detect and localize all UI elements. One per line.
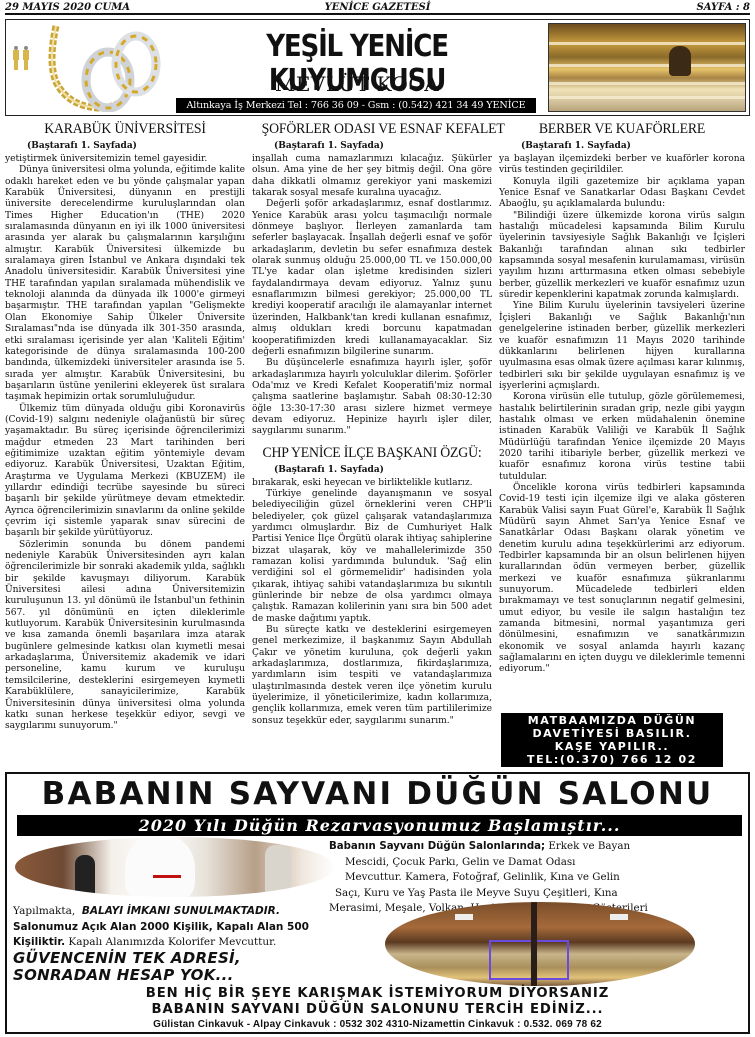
wedding-contact-phones: Gülistan Cinkavuk - Alpay Cinkavuk : 053… [7, 1019, 748, 1031]
wedding-call-to-action: BEN HİÇ BİR ŞEYE KARIŞMAK İSTEMİYORUM Dİ… [7, 986, 748, 1018]
ad-contact-info: Altınkaya İş Merkezi Tel : 766 36 09 - G… [176, 98, 536, 113]
article-paragraph: Değerli şoför arkadaşlarımız, esnaf dost… [252, 199, 492, 358]
page-header: 29 MAYIS 2020 CUMA YENİCE GAZETESİ SAYFA… [5, 2, 750, 15]
article-paragraph: "Bilindiği üzere ülkemizde korona virüs … [499, 211, 745, 302]
article-paragraph: inşallah cuma namazlarımızı kılacağız. Ş… [252, 154, 492, 199]
wedding-desc-line: Mevcuttur. Kamera, Fotoğraf, Gelinlik, K… [329, 870, 747, 886]
wedding-desc-line: Mescidi, Çocuk Parkı, Gelin ve Damat Oda… [329, 855, 747, 871]
honeymoon-offer: BALAYI İMKANI SUNULMAKTADIR. [82, 905, 280, 917]
wedding-bride-photo [15, 837, 335, 897]
article-paragraph: Korona virüsün elle tutulup, gözle görül… [499, 392, 745, 483]
jewelry-photo-icon [8, 22, 168, 112]
wedding-hall-interior-photo [385, 902, 695, 986]
article-paragraph: Konuyla ilgili gazetemize bir açıklama y… [499, 177, 745, 211]
print-shop-ad: MATBAAMIZDA DÜĞÜN DAVETİYESİ BASILIR. KA… [501, 713, 723, 767]
article-headline: BERBER VE KUAFÖRLERE [509, 120, 735, 138]
wedding-ad-banner: 2020 Yılı Düğün Rezarvasyonumuz Başlamış… [17, 815, 742, 836]
jewelry-store-ad: YEŞİL YENİCE KUYUMCUSU MEVLÜT KOCA Altın… [5, 19, 750, 116]
article-paragraph: Öncelikle korona virüs tedbirleri kapsam… [499, 483, 745, 676]
article-paragraph: Yine Bilim Kurulu üyelerinin tavsiyeleri… [499, 301, 745, 392]
print-ad-phone: TEL:(0.370) 766 12 02 [501, 753, 723, 766]
slogan-line: SONRADAN HESAP YOK... [13, 967, 241, 984]
print-ad-line: KAŞE YAPILIR.. [501, 740, 723, 753]
article-paragraph: Dünya üniversitesi olma yolunda, eğitimd… [5, 165, 245, 403]
wedding-slogan: GÜVENCENİN TEK ADRESİ, SONRADAN HESAP YO… [13, 950, 241, 984]
wedding-ad-title: BABANIN SAYVANI DÜĞÜN SALONU [7, 777, 748, 811]
wedding-ad-details: Yapılmakta, BALAYI İMKANI SUNULMAKTADIR.… [13, 904, 393, 951]
cta-line: BABANIN SAYVANI DÜĞÜN SALONUNU TERCİH ED… [7, 1002, 748, 1018]
print-ad-line: DAVETİYESİ BASILIR. [501, 727, 723, 740]
article-barbers-hairdressers: BERBER VE KUAFÖRLERE (Baştarafı 1. Sayfa… [499, 120, 745, 676]
article-paragraph: Bu süreçte katkı ve desteklerini esirgem… [252, 625, 492, 727]
article-karabuk-university: KARABÜK ÜNİVERSİTESİ (Baştarafı 1. Sayfa… [5, 120, 245, 733]
article-paragraph: Ülkemiz tüm dünyada olduğu gibi Koronavi… [5, 404, 245, 540]
article-paragraph: Bu düşüncelerle esnafımıza hayırlı işler… [252, 358, 492, 437]
article-paragraph: bırakarak, eski heyecan ve birliktelikle… [252, 478, 492, 489]
wedding-desc-line: Saçı, Kuru ve Yaş Pasta ile Meyve Suyu Ç… [329, 886, 747, 902]
capacity-text: Salonumuz Açık Alan 2000 Kişilik, Kapalı… [13, 920, 393, 936]
store-display-photo [548, 23, 746, 112]
article-headline-chp: CHP YENİCE İLÇE BAŞKANI ÖZGÜ: [262, 444, 483, 462]
wedding-desc-line: Erkek ve Bayan [545, 840, 630, 852]
article-headline: KARABÜK ÜNİVERSİTESİ [15, 120, 236, 138]
article-continued-note: (Baştarafı 1. Sayfada) [252, 140, 492, 152]
article-paragraph: Türkiye genelinde dayanışmanın ve sosyal… [252, 489, 492, 625]
heating-text: Kapalı Alanımızda Kolorifer Mevcuttur. [65, 936, 276, 948]
wedding-made-text: Yapılmakta, [13, 905, 75, 917]
article-continued-note: (Baştarafı 1. Sayfada) [252, 464, 492, 476]
ad-owner-name: MEVLÜT KOCA [173, 73, 541, 95]
slogan-line: GÜVENCENİN TEK ADRESİ, [13, 950, 241, 967]
article-paragraph: Sözlerimin sonunda bu dönem pandemi nede… [5, 540, 245, 733]
wedding-desc-lead: Babanın Sayvanı Düğün Salonlarında; [329, 841, 545, 852]
capacity-bold: Kişiliktir. [13, 936, 65, 948]
wedding-hall-ad: BABANIN SAYVANI DÜĞÜN SALONU 2020 Yılı D… [5, 772, 750, 1034]
article-drivers-chamber: ŞOFÖRLER ODASI VE ESNAF KEFALET (Baştara… [252, 120, 492, 727]
cta-line: BEN HİÇ BİR ŞEYE KARIŞMAK İSTEMİYORUM Dİ… [7, 986, 748, 1002]
article-continued-note: (Baştarafı 1. Sayfada) [5, 140, 245, 152]
article-headline: ŞOFÖRLER ODASI VE ESNAF KEFALET [262, 120, 483, 138]
print-ad-line: MATBAAMIZDA DÜĞÜN [501, 714, 723, 727]
article-continued-note: (Baştarafı 1. Sayfada) [499, 140, 745, 152]
newspaper-name: YENİCE GAZETESİ [5, 2, 750, 13]
article-paragraph: ya başlayan ilçemizdeki berber ve kuaför… [499, 154, 745, 177]
article-paragraph: yetiştirmek üniversitemizin temel gayesi… [5, 154, 245, 165]
